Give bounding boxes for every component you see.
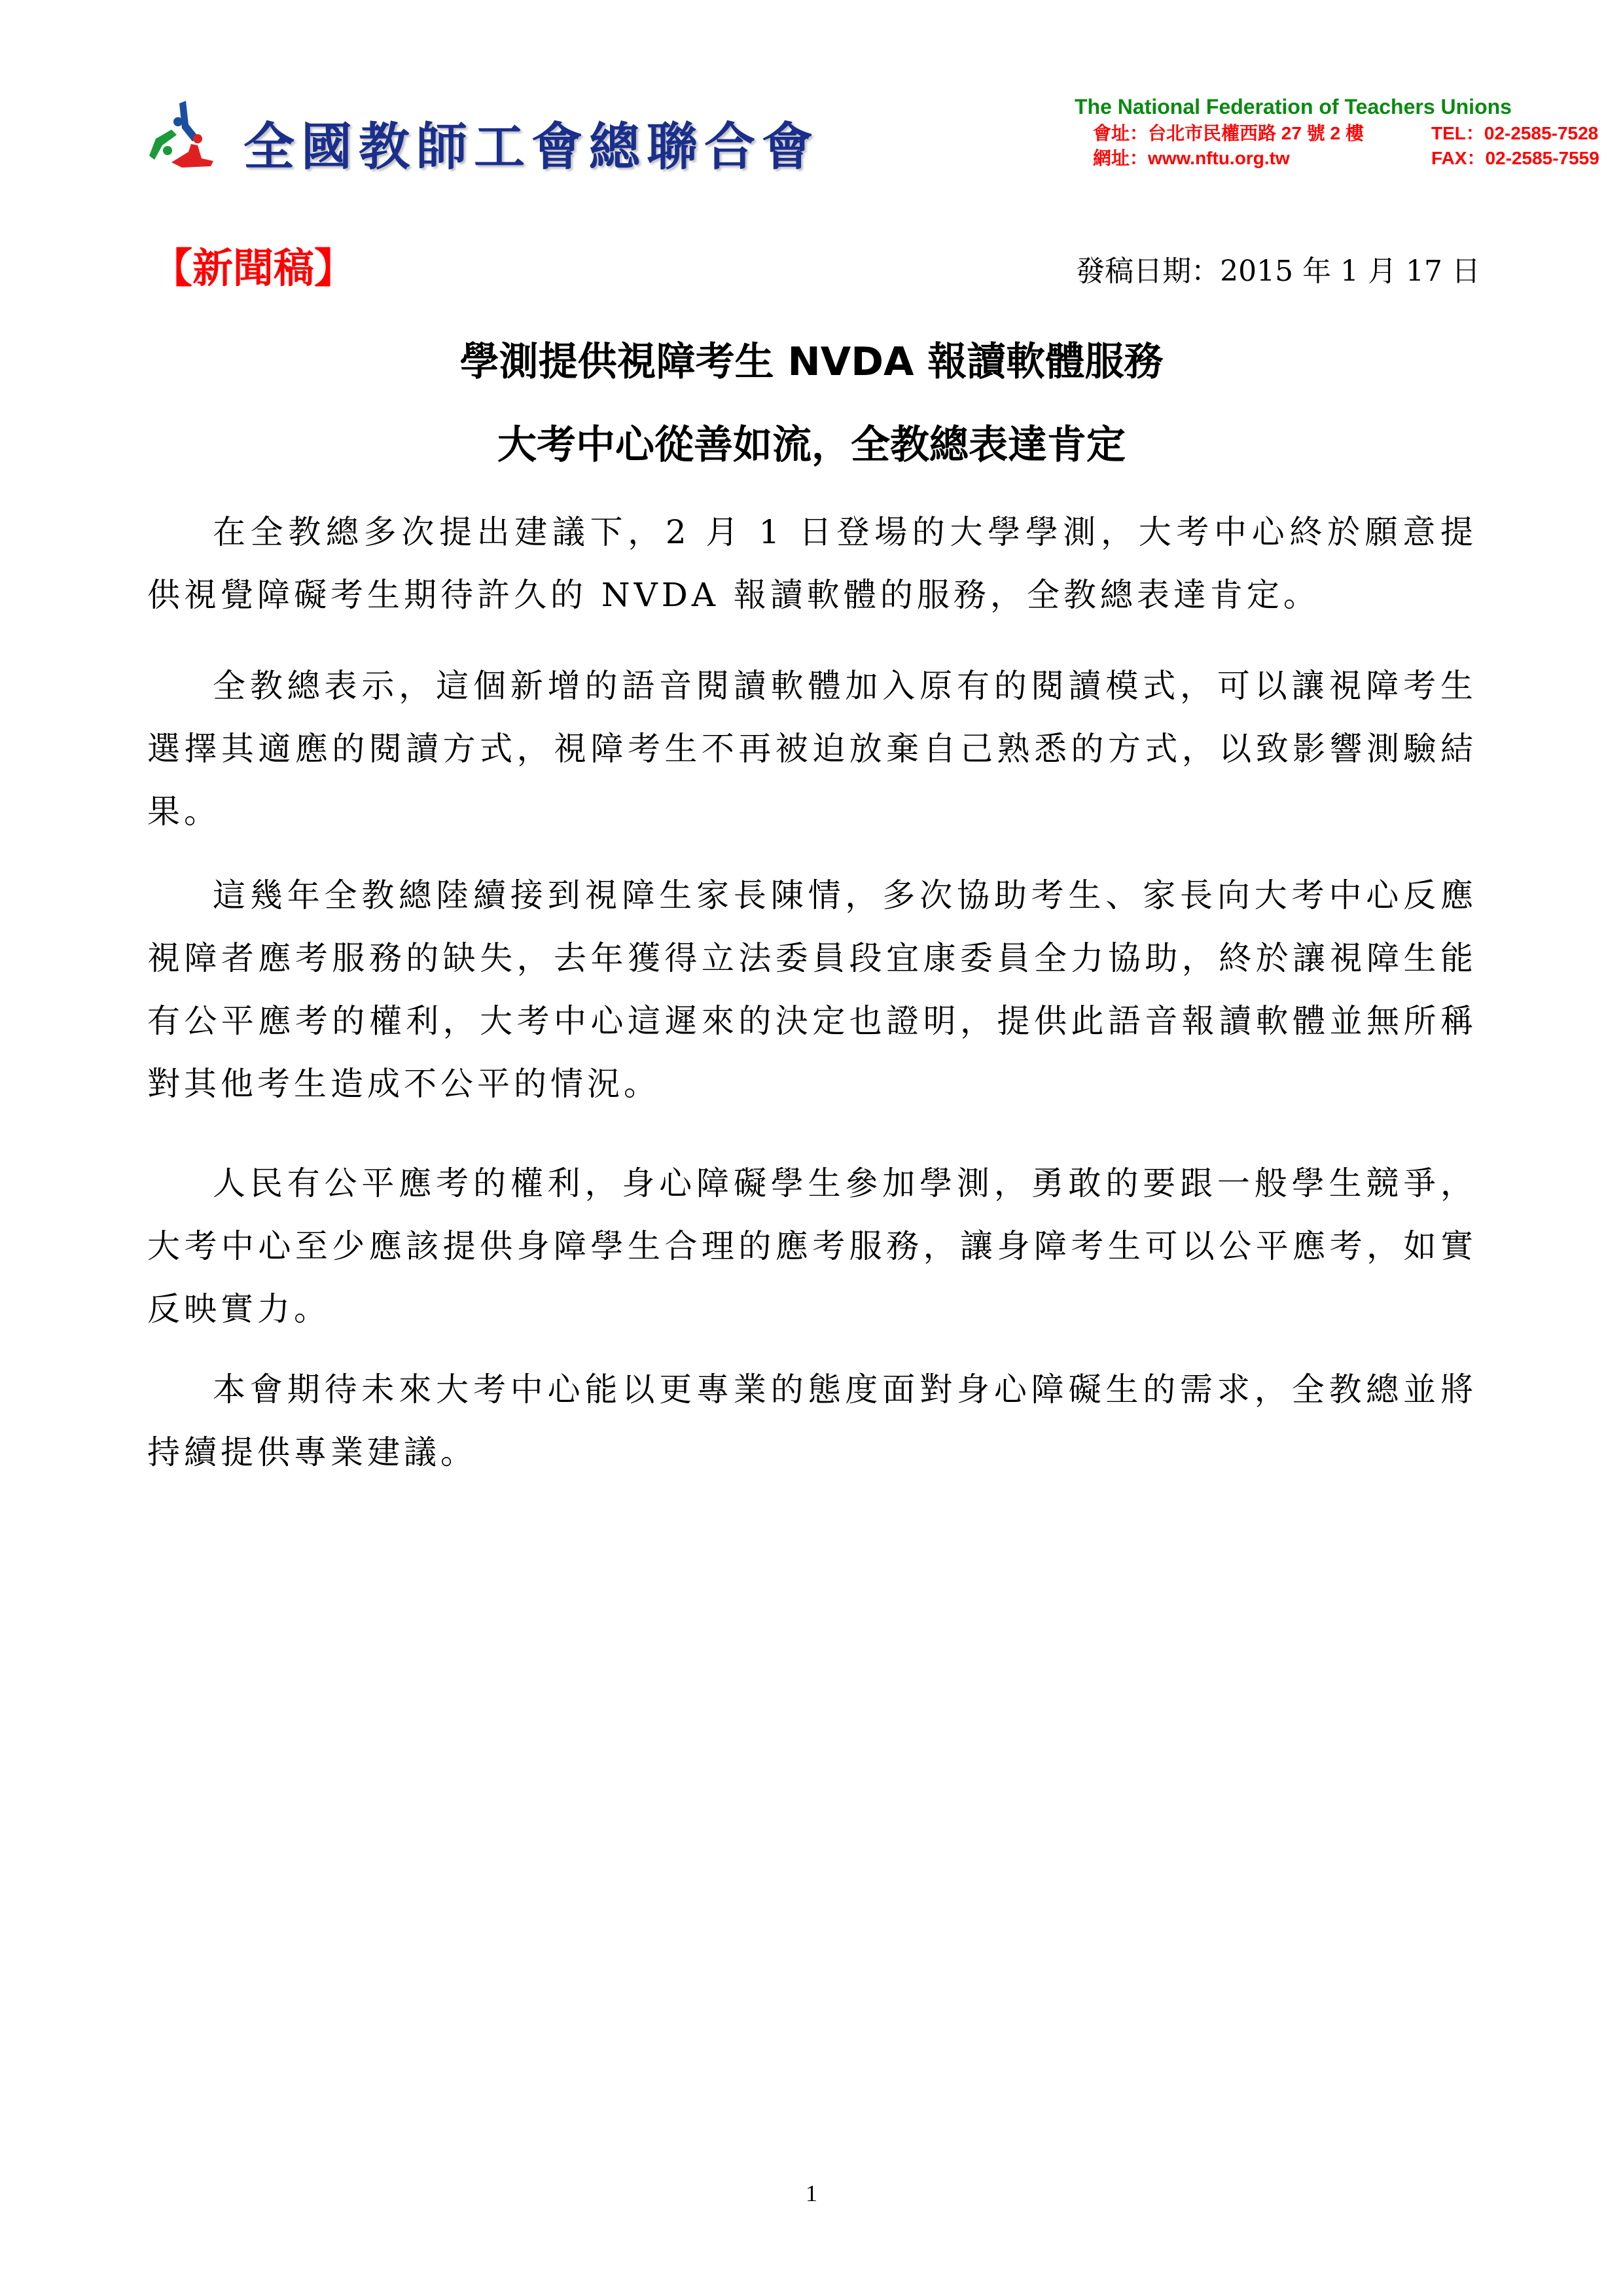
org-name-english: The National Federation of Teachers Unio… <box>1075 95 1493 119</box>
paragraph-4: 人民有公平應考的權利，身心障礙學生參加學測，勇敢的要跟一般學生競爭，大考中心至少… <box>147 1152 1477 1340</box>
website: 網址：www.nftu.org.tw <box>1093 144 1290 170</box>
subheadline: 大考中心從善如流，全教總表達肯定 <box>0 414 1623 470</box>
press-release-label: 【新聞稿】 <box>152 236 355 294</box>
contact-block: The National Federation of Teachers Unio… <box>1075 95 1493 169</box>
contact-row-address: 會址：台北市民權西路 27 號 2 樓 TEL：02-2585-7528 <box>1075 119 1493 144</box>
address: 會址：台北市民權西路 27 號 2 樓 <box>1093 119 1364 145</box>
paragraph-3: 這幾年全教總陸續接到視障生家長陳情，多次協助考生、家長向大考中心反應視障者應考服… <box>147 864 1477 1115</box>
page-number: 1 <box>0 2179 1623 2207</box>
paragraph-2: 全教總表示，這個新增的語音閱讀軟體加入原有的閱讀模式，可以讓視障考生選擇其適應的… <box>147 655 1477 843</box>
paragraph-5: 本會期待未來大考中心能以更專業的態度面對身心障礙生的需求，全教總並將持續提供專業… <box>147 1358 1477 1484</box>
union-name-logotype: 全國教師工會總聯合會 <box>243 106 819 179</box>
release-meta: 【新聞稿】 發稿日期：2015 年 1 月 17 日 <box>152 236 1480 295</box>
release-date: 發稿日期：2015 年 1 月 17 日 <box>1076 247 1480 289</box>
headline: 學測提供視障考生 NVDA 報讀軟體服務 <box>0 331 1623 387</box>
union-logo-icon <box>145 98 217 170</box>
fax: FAX：02-2585-7559 <box>1431 144 1599 170</box>
telephone: TEL：02-2585-7528 <box>1431 119 1598 145</box>
paragraph-1: 在全教總多次提出建議下，2 月 1 日登場的大學學測，大考中心終於願意提供視覺障… <box>147 501 1477 626</box>
letterhead: 全國教師工會總聯合會 The National Federation of Te… <box>145 92 1480 190</box>
contact-row-web: 網址：www.nftu.org.tw FAX：02-2585-7559 <box>1075 144 1493 169</box>
